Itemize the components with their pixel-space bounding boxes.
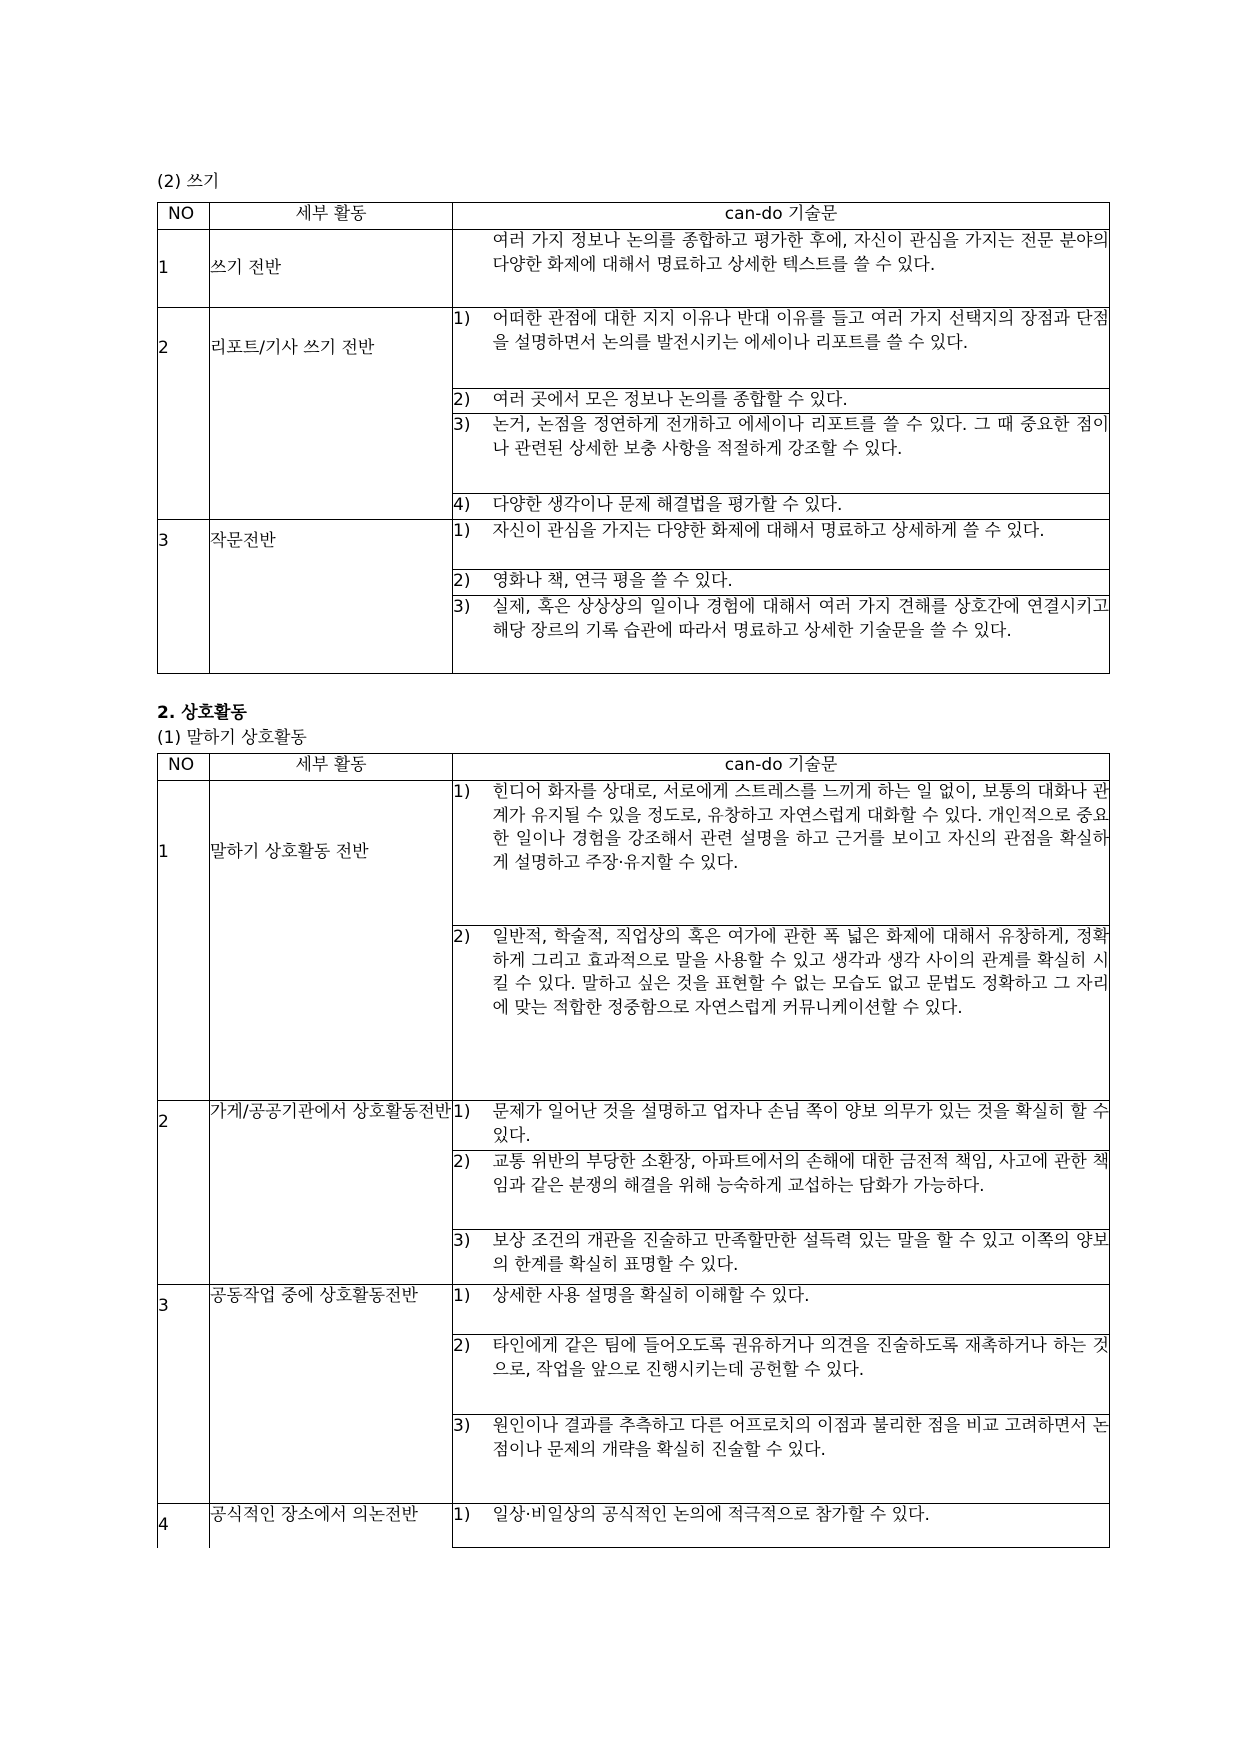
item-text: 다양한 생각이나 문제 해결법을 평가할 수 있다. <box>493 494 1110 520</box>
item-num: 1) <box>453 781 493 926</box>
item-num: 3) <box>453 1230 493 1285</box>
row-no: 3 <box>158 1285 210 1504</box>
item-num: 3) <box>453 1415 493 1504</box>
item-num: 2) <box>453 570 493 596</box>
row-no: 4 <box>158 1504 210 1548</box>
item-text: 여러 곳에서 모은 정보나 논의를 종합할 수 있다. <box>493 389 1110 414</box>
item-text: 타인에게 같은 팀에 들어오도록 권유하거나 의견을 진술하도록 재촉하거나 하… <box>493 1335 1110 1415</box>
row-activity: 공식적인 장소에서 의논전반 <box>210 1504 453 1548</box>
item-text: 원인이나 결과를 추측하고 다른 어프로치의 이점과 불리한 점을 비교 고려하… <box>493 1415 1110 1504</box>
table-row: 4 공식적인 장소에서 의논전반 1) 일상·비일상의 공식적인 논의에 적극적… <box>158 1504 1110 1548</box>
table-row: 3 작문전반 1) 자신이 관심을 가지는 다양한 화제에 대해서 명료하고 상… <box>158 520 1110 570</box>
item-text: 논거, 논점을 정연하게 전개하고 에세이나 리포트를 쓸 수 있다. 그 때 … <box>493 414 1110 494</box>
row-activity: 리포트/기사 쓰기 전반 <box>210 308 453 520</box>
item-text: 실제, 혹은 상상상의 일이나 경험에 대해서 여러 가지 견해를 상호간에 연… <box>493 596 1110 674</box>
row-no: 1 <box>158 230 210 308</box>
item-num: 2) <box>453 1151 493 1230</box>
item-num: 1) <box>453 1101 493 1151</box>
table-header-row: NO 세부 활동 can-do 기술문 <box>158 754 1110 781</box>
item-text: 일반적, 학술적, 직업상의 혹은 여가에 관한 폭 넓은 화제에 대해서 유창… <box>493 926 1110 1101</box>
item-text: 일상·비일상의 공식적인 논의에 적극적으로 참가할 수 있다. <box>493 1504 1110 1548</box>
row-activity: 작문전반 <box>210 520 453 674</box>
item-text: 교통 위반의 부당한 소환장, 아파트에서의 손해에 대한 금전적 책임, 사고… <box>493 1151 1110 1230</box>
item-num: 2) <box>453 926 493 1101</box>
item-text: 상세한 사용 설명을 확실히 이해할 수 있다. <box>493 1285 1110 1335</box>
item-num: 4) <box>453 494 493 520</box>
header-activity: 세부 활동 <box>210 203 453 230</box>
row-activity: 공동작업 중에 상호활동전반 <box>210 1285 453 1504</box>
writing-cando-table: NO 세부 활동 can-do 기술문 1 쓰기 전반 여러 가지 정보나 논의… <box>157 202 1110 674</box>
interaction-cando-table: NO 세부 활동 can-do 기술문 1 말하기 상호활동 전반 1) 힌디어… <box>157 753 1110 1548</box>
item-text: 힌디어 화자를 상대로, 서로에게 스트레스를 느끼게 하는 일 없이, 보통의… <box>493 781 1110 926</box>
item-text: 영화나 책, 연극 평을 쓸 수 있다. <box>493 570 1110 596</box>
header-statement: can-do 기술문 <box>453 754 1110 781</box>
item-text: 문제가 일어난 것을 설명하고 업자나 손님 쪽이 양보 의무가 있는 것을 확… <box>493 1101 1110 1151</box>
row-no: 2 <box>158 308 210 520</box>
item-num: 1) <box>453 1504 493 1548</box>
item-num: 1) <box>453 1285 493 1335</box>
row-no: 2 <box>158 1101 210 1285</box>
item-num: 2) <box>453 1335 493 1415</box>
row-no: 3 <box>158 520 210 674</box>
item-text: 보상 조건의 개관을 진술하고 만족할만한 설득력 있는 말을 할 수 있고 이… <box>493 1230 1110 1285</box>
table-row: 2 가게/공공기관에서 상호활동전반 1) 문제가 일어난 것을 설명하고 업자… <box>158 1101 1110 1151</box>
item-text: 여러 가지 정보나 논의를 종합하고 평가한 후에, 자신이 관심을 가지는 전… <box>493 230 1110 308</box>
row-activity: 쓰기 전반 <box>210 230 453 308</box>
item-num: 3) <box>453 596 493 674</box>
item-text: 자신이 관심을 가지는 다양한 화제에 대해서 명료하고 상세하게 쓸 수 있다… <box>493 520 1110 570</box>
header-no: NO <box>158 754 210 781</box>
table-row: 3 공동작업 중에 상호활동전반 1) 상세한 사용 설명을 확실히 이해할 수… <box>158 1285 1110 1335</box>
interaction-section-heading: 2. 상호활동 <box>157 703 247 723</box>
row-activity: 가게/공공기관에서 상호활동전반 <box>210 1101 453 1285</box>
item-num: 1) <box>453 308 493 389</box>
writing-section-caption: (2) 쓰기 <box>157 172 219 192</box>
item-num: 1) <box>453 520 493 570</box>
item-num <box>453 230 493 308</box>
header-activity: 세부 활동 <box>210 754 453 781</box>
row-no: 1 <box>158 781 210 1101</box>
item-num: 2) <box>453 389 493 414</box>
table-header-row: NO 세부 활동 can-do 기술문 <box>158 203 1110 230</box>
interaction-section-caption: (1) 말하기 상호활동 <box>157 728 307 748</box>
table-row: 1 쓰기 전반 여러 가지 정보나 논의를 종합하고 평가한 후에, 자신이 관… <box>158 230 1110 308</box>
header-statement: can-do 기술문 <box>453 203 1110 230</box>
table-row: 1 말하기 상호활동 전반 1) 힌디어 화자를 상대로, 서로에게 스트레스를… <box>158 781 1110 926</box>
row-activity: 말하기 상호활동 전반 <box>210 781 453 1101</box>
item-text: 어떠한 관점에 대한 지지 이유나 반대 이유를 들고 여러 가지 선택지의 장… <box>493 308 1110 389</box>
item-num: 3) <box>453 414 493 494</box>
header-no: NO <box>158 203 210 230</box>
table-row: 2 리포트/기사 쓰기 전반 1) 어떠한 관점에 대한 지지 이유나 반대 이… <box>158 308 1110 389</box>
